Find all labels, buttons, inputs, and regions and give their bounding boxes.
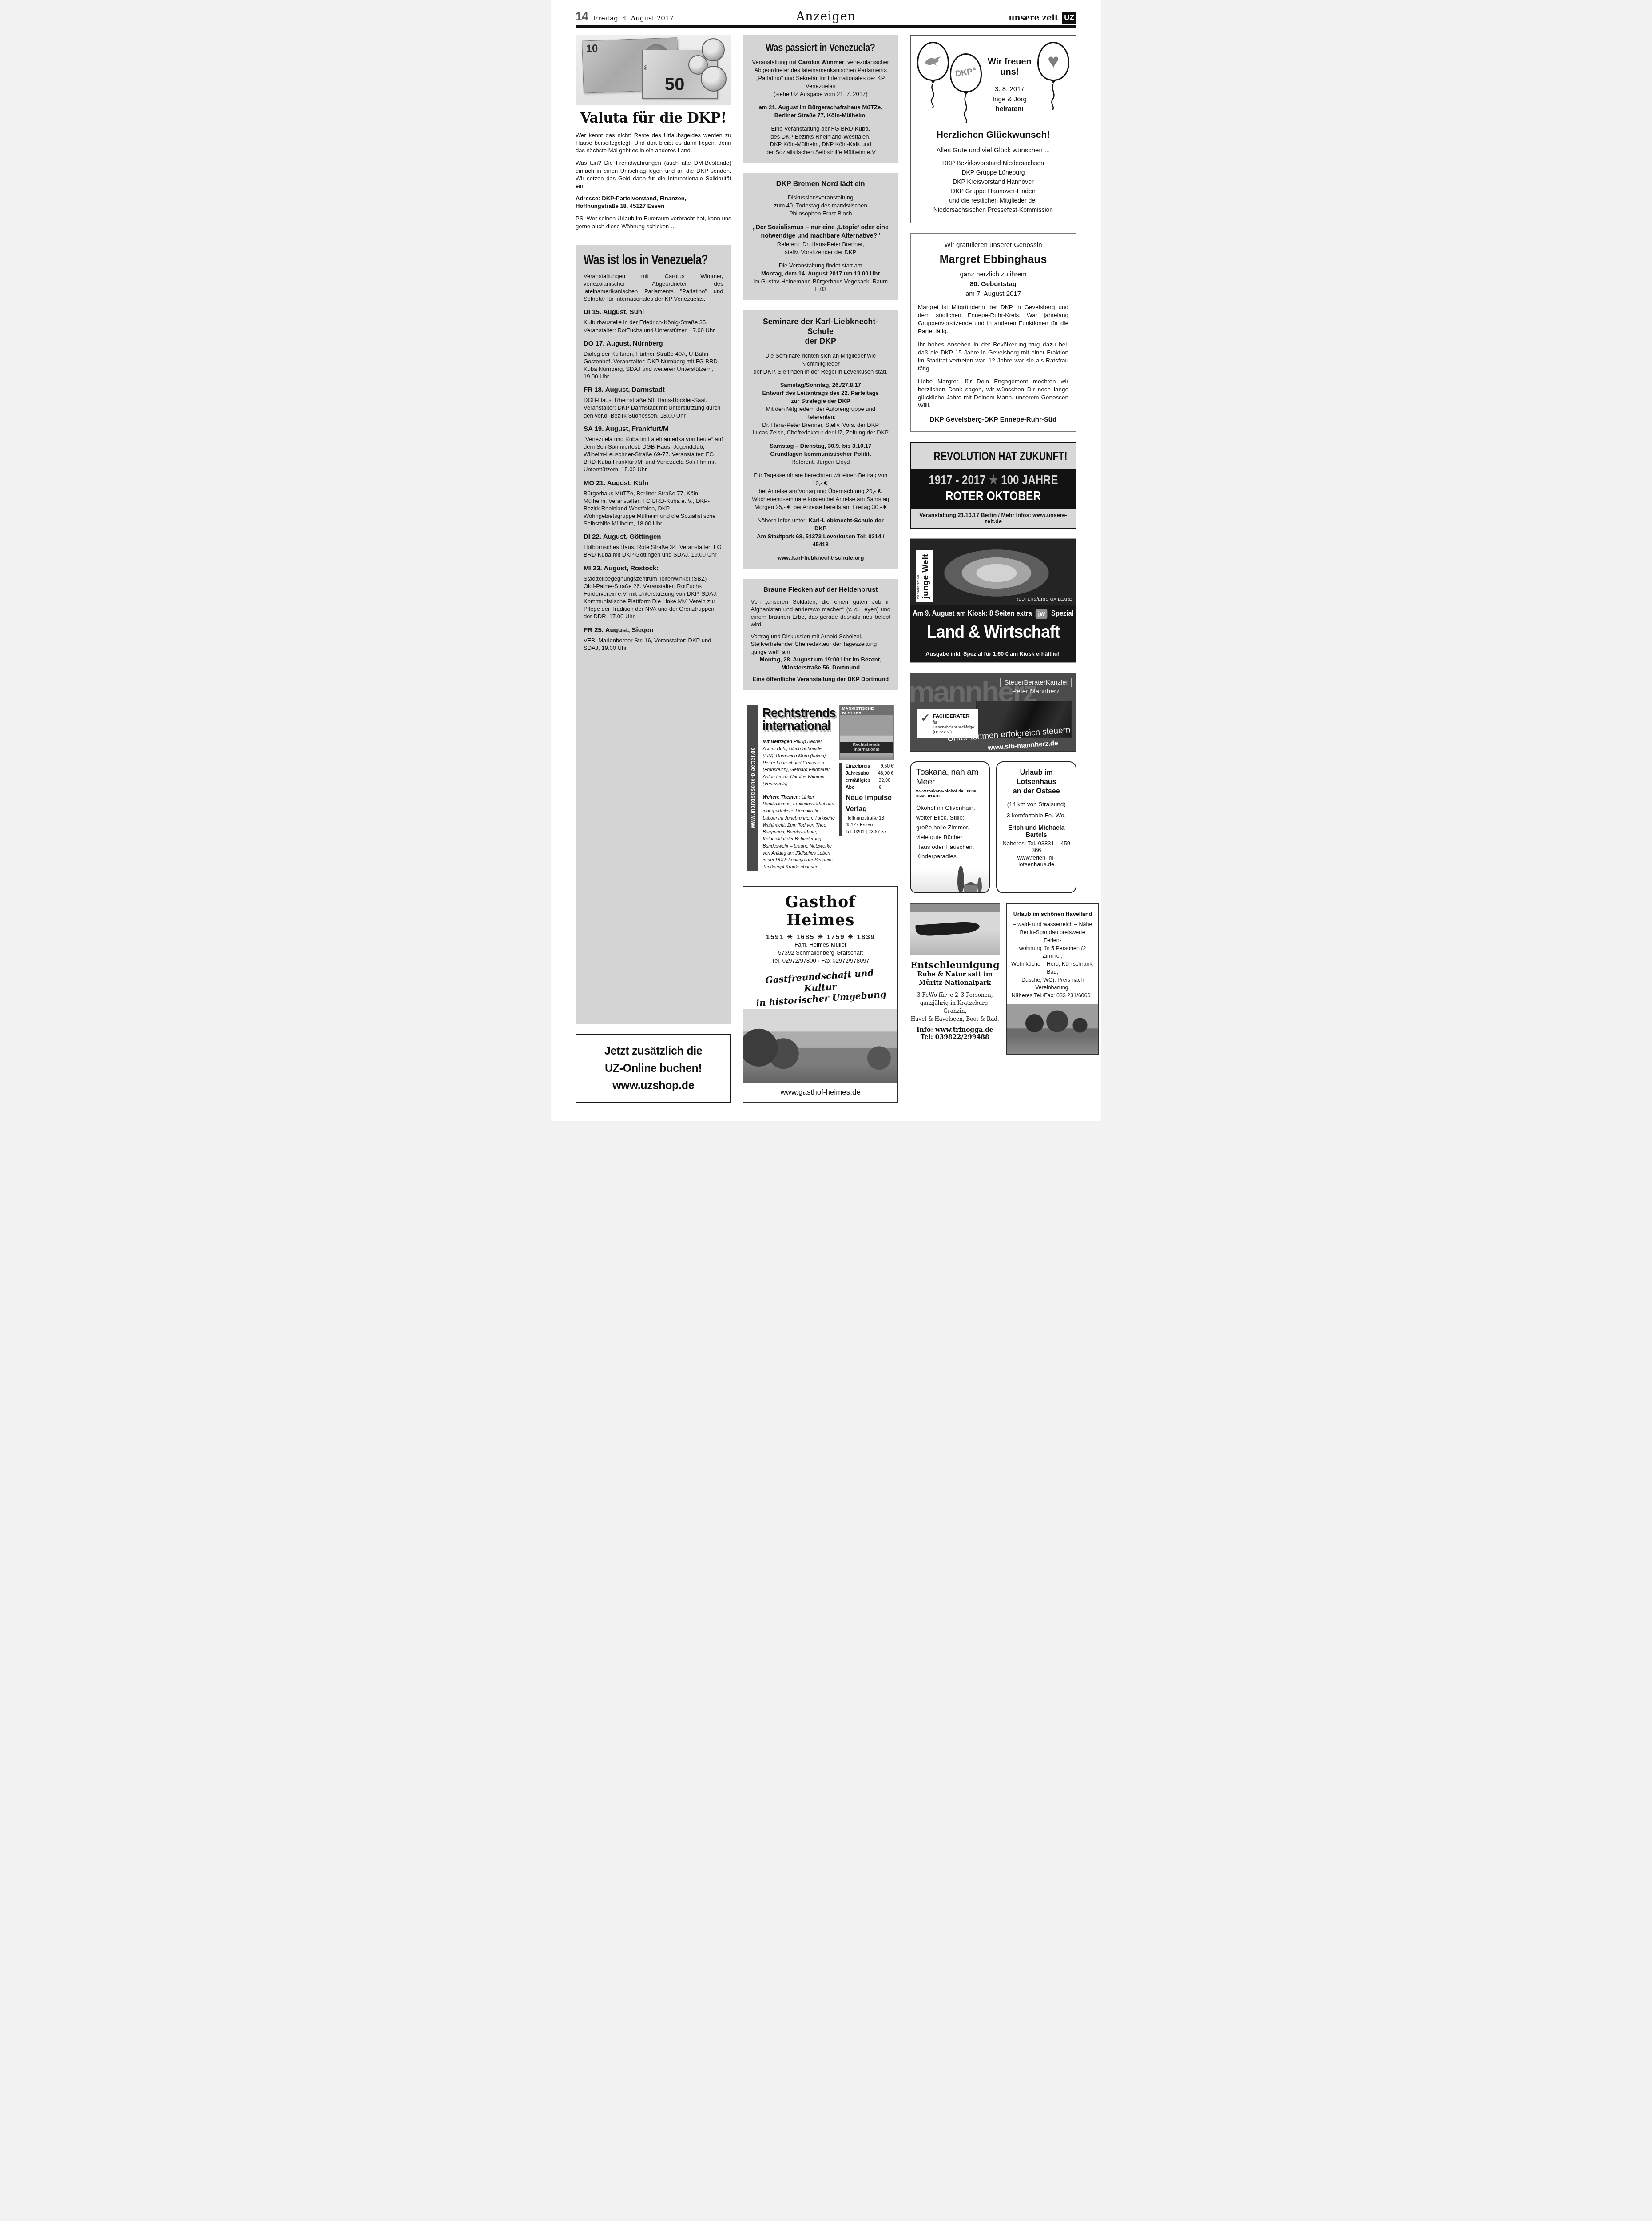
bremen-theme: notwendige und machbare Alternative?" [751,231,890,240]
seminar1-line: Mit den Mitgliedern der Autorengruppe un… [751,405,890,421]
event-item: FR 18. August, Darmstadt DGB-Haus, Rhein… [584,386,723,419]
birthday-ad: Wir gratulieren unserer Genossin Margret… [910,233,1076,432]
organizer-line: DKP Köln-Mülheim, DKP Köln-Kalk und [751,140,890,148]
braune-footer: Eine öffentliche Veranstaltung der DKP D… [751,675,890,683]
gasthof-tel: Tel. 02972/97800 · Fax 02972/978097 [749,957,892,965]
wedding-lead: Wir freuen uns! [982,57,1037,77]
event-text: Holbornsches Haus, Rote Straße 34. Veran… [584,543,723,558]
event-text: Stadtteilbegegnungszentrum Toitenwinkel … [584,575,723,621]
rechtstrends-right: MARXISTISCHE BLÄTTER Rechtstrends intern… [839,705,894,871]
price-label: ermäßigtes Abo [846,777,879,792]
valuta-ad: 10 50 50 Valuta für die DKP! Wer kennt d… [576,35,731,235]
kanzlei-line: SteuerBeraterKanzlei [1000,678,1072,687]
toskana-ad: Toskana, nah am Meer www.toskana-biohof.… [910,761,990,893]
marxistische-blaetter-url-bar: www.marxistische-blaetter.de [747,705,758,871]
event-date: DI 15. August, Suhl [584,308,723,316]
birthday-paragraph: Liebe Margret, für Dein Engagement möcht… [918,378,1068,410]
venezuela-events-intro: Veranstaltungen mit Carolus Wimmer, vene… [584,272,723,303]
coin [702,38,725,61]
valuta-address-line: Hoffnungstraße 18, 45127 Essen [576,202,731,210]
spezial-title: Land & Wirtschaft [926,621,1060,642]
braune-flecken-box: Braune Flecken auf der Heldenbrust Von „… [743,579,898,690]
wedding-from-line: DKP Bezirksvorstand Niedersachsen [917,159,1069,168]
rechtstrends-themes: Weitere Themen: Linker Radikalismus; Fra… [762,794,834,871]
badge-line: für Unternehmensnachfolge [933,720,974,730]
rechtstrends-title: Rechtstrends [762,707,831,720]
event-date: SA 19. August, Frankfurt/M [584,425,723,433]
info-pre: Nähere Infos unter: [758,517,809,524]
price-row: ermäßigtes Abo32,00 € [846,777,894,792]
was-passiert-intro: Veranstaltung mit Carolus Wimmer, venezo… [751,58,890,90]
seminar1-date: Samstag/Sonntag, 26./27.8.17 [751,381,890,389]
havelland-line: Wohnküche – Herd, Kühlschrank, Bad, [1011,960,1095,976]
seminare-fees: bei Anreise am Vortag und Übernachtung 2… [751,487,890,495]
banknote-10-value: 10 [586,43,598,56]
mannherz-ad: mannherz SteuerBeraterKanzlei Peter Mann… [910,673,1076,752]
event-text: „Venezuela und Kuba im Lateinamerika von… [584,435,723,474]
balloons: DKP☭ Wir freuen uns! 3. 8. 2017 Inge & J… [917,42,1069,123]
seminare-url: www.karl-liebknecht-schule.org [751,554,890,562]
banner-years: 1917 - 2017 ★ 100 JAHRE [929,472,1058,488]
rechtstrends-main: Rechtstrends international Mit Beiträgen… [762,705,834,871]
valuta-ps: PS: Wer seinen Urlaub im Euroraum verbra… [576,215,731,230]
havelland-line: Berlin-Spandau preiswerte Ferien- [1011,929,1095,945]
boat-silhouette [915,921,980,937]
organizer-line: Eine Veranstaltung der FG BRD-Kuba, [751,125,890,133]
lotsenhaus-title-line: an der Ostsee [1001,787,1072,796]
hands-cocoa-photo: DIE TAGESZEITUNG junge Welt REUTERS/ERIC… [910,539,1076,605]
lotsenhaus-hosts: Erich und Michaela Bartels [1001,824,1072,838]
event-item: DO 17. August, Nürnberg Dialog der Kultu… [584,340,723,381]
junge-welt-logo: DIE TAGESZEITUNG junge Welt [916,550,933,602]
seminare-title-line: Seminare der Karl-Liebknecht-Schule [751,317,890,337]
toskana-line: weiter Blick, Stille; [916,813,984,823]
event-date: MI 23. August, Rostock: [584,565,723,572]
wedding-from-line: und die restlichen Mitglieder der [917,196,1069,205]
publisher-name: Neue Impulse [846,795,894,802]
banner-middle: 1917 - 2017 ★ 100 JAHRE ROTER OKTOBER [911,469,1076,509]
entschleunigung-ad: Entschleunigung Ruhe & Natur satt im Mür… [910,903,1000,1055]
bremen-venue: im Gustav-Heinemann-Bürgerhaus Vegesack,… [751,278,890,294]
section-title: Anzeigen [796,10,856,24]
tuscany-photo [911,863,989,892]
seminar2-referent: Referent: Jürgen Lloyd [751,458,890,466]
rechtstrends-title: international [762,720,831,732]
event-text: Kulturbaustelle in der Friedrich-König-S… [584,318,723,334]
cover-title-line: international [840,748,893,752]
toskana-line: Ökohof im Olivenhain, [916,803,984,813]
birthday-name: Margret Ebbinghaus [918,253,1068,266]
event-where: Berliner Straße 77, Köln-Mülheim. [751,111,890,119]
travel-ads-row-2: Entschleunigung Ruhe & Natur satt im Mür… [910,903,1076,1055]
seminare-info: Nähere Infos unter: Karl-Liebknecht-Schu… [751,517,890,533]
gasthof-city: 57392 Schmallenberg-Grafschaft [749,949,892,957]
dove-balloon [917,42,949,81]
event-text: DGB-Haus, Rheinstraße 50, Hans-Böckler-S… [584,396,723,419]
wedding-from-line: DKP Gruppe Lüneburg [917,168,1069,177]
lotsenhaus-tel: Näheres: Tel. 03831 – 459 366 [1001,840,1072,853]
kanzlei-owner: Peter Mannherz [1000,687,1072,696]
bremen-line: zum 40. Todestag des marxistischen [751,202,890,210]
balloon-string [928,84,938,108]
birthday-date: am 7. August 2017 [918,289,1068,299]
havelland-title: Urlaub im schönen Havelland [1013,911,1092,917]
event-date: MO 21. August, Köln [584,479,723,487]
toskana-contact: www.toskana-biohof.de | 0039. 0566. 8147… [916,789,984,799]
junge-welt-logo-sub: DIE TAGESZEITUNG [917,554,920,599]
valuta-address-line: Adresse: DKP-Parteivorstand, Finanzen, [576,195,731,202]
event-date: FR 18. August, Darmstadt [584,386,723,394]
junge-welt-ad: DIE TAGESZEITUNG junge Welt REUTERS/ERIC… [910,538,1076,663]
cover-title-line: Rechtstrends [840,743,893,748]
kicker-text: Am 9. August am Kiosk: 8 Seiten extra [913,610,1032,618]
event-item: DI 15. August, Suhl Kulturbaustelle in d… [584,308,723,334]
havel-lake-photo [1007,1004,1098,1054]
wedding-from-line: DKP Gruppe Hannover-Linden [917,187,1069,196]
balloon-string [1048,84,1058,110]
seminare-fees: Für Tagesseminare berechnen wir einen Be… [751,471,890,487]
wedding-text: Wir freuen uns! 3. 8. 2017 Inge & Jörg h… [982,42,1037,115]
contrib-label: Mit Beiträgen [762,739,792,744]
bremen-referent: stellv. Vorsitzender der DKP [751,248,890,256]
right-column: DKP☭ Wir freuen uns! 3. 8. 2017 Inge & J… [910,35,1076,1103]
event-item: DI 22. August, Göttingen Holbornsches Ha… [584,533,723,558]
contrib-names: Phillip Becher, Achim Bühl, Ulrich Schne… [762,739,830,787]
balloon-left-group: DKP☭ [917,42,982,123]
marxistische-blaetter-url: www.marxistische-blaetter.de [750,747,756,828]
jw-badge: jW [1036,609,1048,619]
kicker-row: Am 9. August am Kiosk: 8 Seiten extra jW… [920,609,1066,619]
seminare-fees: Morgen 25,- €; bei Anreise bereits am Fr… [751,503,890,511]
mannherz-url: www.stb-mannherz.de [988,740,1058,752]
event-date: DO 17. August, Nürnberg [584,340,723,347]
havelland-ad: Urlaub im schönen Havelland – wald- und … [1006,903,1099,1055]
toskana-line: viele gute Bücher, [916,832,984,842]
organizer-line: der Sozialistischen Selbsthilfe Mülheim … [751,148,890,156]
price-value: 48,00 € [878,770,894,777]
coin [701,66,727,92]
banner-top: REVOLUTION HAT ZUKUNFT! [911,443,1076,469]
boat-photo [910,904,1000,955]
congrats-title: Herzlichen Glückwunsch! [917,130,1069,140]
uz-shop-url: www.uzshop.de [580,1077,727,1095]
cover-masthead-line: BLÄTTER [842,711,874,716]
masthead-right: unsere zeit UZ [1009,12,1076,24]
event-item: MO 21. August, Köln Bürgerhaus MüTZe, Be… [584,479,723,528]
banner-footer: Veranstaltung 21.10.17 Berlin / Mehr Inf… [911,509,1076,528]
wedding-date: 3. 8. 2017 [982,84,1037,95]
braune-title: Braune Flecken auf der Heldenbrust [751,586,890,593]
wedding-wish: Alles Gute und viel Glück wünschen ... [917,147,1069,154]
lotsenhaus-line: (14 km von Stralsund) [1001,801,1072,808]
banner-title: ROTER OKTOBER [945,489,1041,504]
bremen-title: DKP Bremen Nord lädt ein [751,180,890,188]
travel-ads-row-1: Toskana, nah am Meer www.toskana-biohof.… [910,761,1076,893]
publisher-tel: Tel. 0201 | 23 67 57 [846,829,894,836]
banner-headline: REVOLUTION HAT ZUKUNFT! [934,449,1068,463]
mannherz-header: SteuerBeraterKanzlei Peter Mannherz [1000,678,1072,697]
bremen-line: Philosophen Ernst Bloch [751,210,890,218]
junge-welt-logo-text: junge Welt [921,554,931,599]
themes-label: Weitere Themen: [762,795,800,800]
lotsenhaus-title: Urlaub im Lotsenhaus an der Ostsee [1001,768,1072,796]
speaker-name: Carolus Wimmer [798,59,844,65]
event-text: VEB, Marienborner Str. 16, Veranstalter:… [584,637,723,652]
bremen-theme: „Der Sozialismus – nur eine ‚Utopie' ode… [751,223,890,231]
rechtstrends-ad: www.marxistische-blaetter.de Rechtstrend… [743,700,898,876]
lotsenhaus-url: www.ferien-im-lotsenhaus.de [1001,854,1072,868]
organizer-line: des DKP Bezirks Rheinland-Westfalen, [751,133,890,141]
gasthof-family: Fam. Heimes-Müller [749,941,892,949]
farmhouse [964,885,977,892]
valuta-paragraph: Was tun? Die Fremdwährungen (auch alte D… [576,159,731,190]
venezuela-events-title: Was ist los in Venezuela? [584,252,708,268]
star-icon: ★ [989,473,998,487]
entschleunigung-tel: Tel: 039822/299488 [910,1034,1000,1041]
havelland-line: wohnung für 5 Personen (2 Zimmer, [1011,945,1095,961]
seminare-intro: der DKP. Sie finden in der Regel in Leve… [751,368,890,376]
lotsenhaus-line: 3 komfortable Fe.-Wo. [1001,812,1072,819]
seminare-intro: Die Seminare richten sich an Mitglieder … [751,352,890,368]
price-label: Einzelpreis [846,763,870,770]
seminare-box: Seminare der Karl-Liebknecht-Schule der … [743,310,898,569]
badge-title: FACHBERATER [933,714,969,719]
entschleunigung-line: ganzjährig in Kratzeburg-Granzin, [910,999,1000,1015]
balloon-heart-wrap: ♥ [1037,42,1069,110]
banknote-50-value: 50 [665,75,685,95]
gasthof-years: 1591 ✳ 1685 ✳ 1759 ✳ 1839 [749,933,892,941]
bremen-when-bold: Montag, dem 14. August 2017 um 19.00 Uhr [751,270,890,278]
dkp-balloon-label: DKP☭ [955,67,977,79]
balloon-dkp-wrap: DKP☭ [950,53,982,123]
lotsenhaus-title-line: Urlaub im Lotsenhaus [1001,768,1072,787]
cover-title-band: Rechtstrends international [840,742,893,753]
bremen-nord-box: DKP Bremen Nord lädt ein Diskussionsvera… [743,173,898,300]
balloon-dove-wrap [917,42,949,123]
braune-where: Münsterstraße 56, Dortmund [751,664,890,672]
cover-masthead: MARXISTISCHE BLÄTTER [842,707,874,716]
magazine-cover-thumbnail: MARXISTISCHE BLÄTTER Rechtstrends intern… [839,705,894,760]
braune-when: Montag, 28. August um 19:00 Uhr im Bezen… [751,656,890,664]
badge-text: FACHBERATER für Unternehmensnachfolge (D… [933,712,974,735]
publisher-address: Hoffnungstraße 18 45127 Essen Tel. 0201 … [846,815,894,836]
gasthof-building-photo [743,1009,897,1083]
seminar1-line: Lucas Zeise, Chefredakteur der UZ, Zeitu… [751,429,890,437]
was-passiert-title: Was passiert in Venezuela? [766,42,875,54]
uz-online-line: Jetzt zusätzlich die [580,1043,727,1060]
kiosk-price-note: Ausgabe inkl. Spezial für 1,60 € am Kios… [914,647,1072,657]
intro-pre: Veranstaltung mit [752,59,798,65]
dkp-text: DKP [955,67,973,79]
balloon-string [961,95,971,123]
gasthof-title: Gasthof Heimes [749,893,892,929]
banknote-edge-label: 50 [643,65,648,70]
event-item: FR 25. August, Siegen VEB, Marienborner … [584,626,723,652]
photo-credit: REUTERS/ERIC GAILLARD [1015,597,1072,602]
bremen-line: Diskussionsveranstaltung [751,194,890,202]
entschleunigung-title: Entschleunigung [910,959,1000,971]
toskana-line: große helle Zimmer, [916,823,984,832]
gasthof-url: www.gasthof-heimes.de [749,1083,892,1102]
birthday-line: ganz herzlich zu ihrem [918,270,1068,279]
publisher-city: 45127 Essen [846,822,894,828]
birthday-signature: DKP Gevelsberg-DKP Ennepe-Ruhr-Süd [918,416,1068,423]
checkmark-icon: ✓ [921,712,930,735]
seminare-fees: Wochenendseminare kosten bei Anreise am … [751,495,890,503]
event-item: MI 23. August, Rostock: Stadtteilbegegnu… [584,565,723,621]
entschleunigung-info: Info: www.trinogga.de [910,1027,1000,1034]
wedding-from-line: Niedersächsischen Pressefest-Kommission [917,205,1069,215]
seminar1-topic: Entwurf des Leitantrags des 22. Parteita… [751,389,890,397]
havelland-line: Dusche, WC). Preis nach Vereinbarung. [1011,976,1095,992]
seminare-address: Am Stadtpark 68, 51373 Leverkusen Tel: 0… [751,533,890,549]
event-text: Dialog der Kulturen, Fürther Straße 40A,… [584,350,723,381]
lotsenhaus-ad: Urlaub im Lotsenhaus an der Ostsee (14 k… [996,761,1076,893]
toskana-title: Toskana, nah am Meer [916,768,984,787]
school-name: Karl-Liebknecht-Schule der DKP [809,517,884,532]
seminar2-topic: Grundlagen kommunistischer Politik [751,450,890,458]
banknotes-coins-photo: 10 50 50 [576,35,731,105]
entschleunigung-sub: Ruhe & Natur satt im [910,971,1000,979]
junge-welt-band: Am 9. August am Kiosk: 8 Seiten extra jW… [910,605,1076,662]
paper-name: unsere zeit [1009,13,1059,23]
havelland-tel: Näheres Tel./Fax: 033 231/60661 [1011,992,1095,1000]
page-number: 14 [576,10,588,24]
toskana-line: Haus oder Häuschen; [916,842,984,852]
wedding-from-line: DKP Kreisvorstand Hannover [917,177,1069,187]
price-label: Jahresabo [846,770,869,777]
heart-icon: ♥ [1048,52,1059,71]
braune-paragraph: Von „unseren Soldaten, die einen guten J… [751,598,890,629]
valuta-title: Valuta für die DKP! [576,110,731,126]
bremen-referent: Referent: Dr. Hans-Peter Brenner, [751,240,890,248]
uz-online-line: UZ-Online buchen! [580,1060,727,1077]
uz-issue-note: (siehe UZ Ausgabe vom 21. 7. 2017) [751,90,890,98]
event-date: DI 22. August, Göttingen [584,533,723,541]
cypress-tree [957,866,964,892]
price-value: 9,50 € [881,763,894,770]
hammer-sickle-icon: ☭ [972,67,976,72]
heart-balloon: ♥ [1037,42,1069,81]
event-date: FR 25. August, Siegen [584,626,723,634]
gasthof-slogan: Gastfreundschaft und Kultur in historisc… [748,966,893,1009]
price-publisher-block: Einzelpreis9,50 € Jahresabo48,00 € ermäß… [839,763,894,835]
bremen-when: Die Veranstaltung findet statt am [751,262,890,270]
uz-online-ad: Jetzt zusätzlich die UZ-Online buchen! w… [576,1034,731,1103]
uz-logo: UZ [1062,12,1076,24]
birthday-paragraph: Ihr hohes Ansehen in der Bevölkerung tru… [918,341,1068,373]
valuta-paragraph: Wer kennt das nicht: Reste des Urlaubsge… [576,131,731,154]
price-row: Jahresabo48,00 € [846,770,894,777]
jahre-text: 100 JAHRE [1001,473,1058,487]
left-column: 10 50 50 Valuta für die DKP! Wer kennt d… [576,35,731,1103]
page-columns: 10 50 50 Valuta für die DKP! Wer kennt d… [576,35,1076,1103]
gasthof-heimes-ad: Gasthof Heimes 1591 ✳ 1685 ✳ 1759 ✳ 1839… [743,886,898,1103]
price-row: Einzelpreis9,50 € [846,763,894,770]
valuta-article: Valuta für die DKP! Wer kennt das nicht:… [576,110,731,230]
entschleunigung-line: Havel & Havelseen, Boot & Rad. [910,1015,1000,1023]
seminare-title-line: der DKP [751,337,890,346]
years-text: 1917 - 2017 [929,473,985,487]
roter-oktober-banner: REVOLUTION HAT ZUKUNFT! 1917 - 2017 ★ 10… [910,442,1076,529]
was-passiert-box: Was passiert in Venezuela? Veranstaltung… [743,35,898,163]
masthead-rule [576,25,1076,28]
entschleunigung-line: 3 FeWo für je 2–3 Personen, [910,991,1000,999]
masthead-left: 14 Freitag, 4. August 2017 [576,10,674,24]
dkp-balloon: DKP☭ [950,53,982,92]
seminar2-date: Samstag – Dienstag, 30.9. bis 3.10.17 [751,442,890,450]
entschleunigung-sub: Müritz-Nationalpark [910,979,1000,987]
publisher-name: Verlag [846,806,894,813]
event-text: Bürgerhaus MüTZe, Berliner Straße 77, Kö… [584,490,723,528]
toskana-line: Kinderparadies. [916,852,984,861]
publisher-street: Hoffnungstraße 18 [846,815,894,822]
themes-list: Linker Radikalismus; Fraktionsverbot und… [762,795,834,870]
masthead: 14 Freitag, 4. August 2017 Anzeigen unse… [576,7,1076,25]
havelland-line: – wald- und wasserreich – Nähe [1011,921,1095,929]
birthday-milestone: 80. Geburtstag [918,279,1068,289]
newspaper-page: 14 Freitag, 4. August 2017 Anzeigen unse… [551,0,1101,1121]
venezuela-events-box: Was ist los in Venezuela? Veranstaltunge… [576,245,731,1024]
seminar1-topic: zur Strategie der DKP [751,397,890,405]
birthday-paragraph: Margret ist Mitgründerin der DKP in Geve… [918,303,1068,335]
event-when: am 21. August im Bürgerschaftshaus MüTZe… [751,103,890,111]
rechtstrends-contributors: Mit Beiträgen Phillip Becher, Achim Bühl… [762,739,834,788]
seminare-title: Seminare der Karl-Liebknecht-Schule der … [751,317,890,346]
wedding-verb: heiraten! [982,104,1037,115]
braune-paragraph: Vortrag und Diskussion mit Arnold Schölz… [751,633,890,655]
issue-date: Freitag, 4. August 2017 [593,14,674,22]
spezial-label: Spezial [1051,610,1074,618]
seminar1-line: Dr. Hans-Peter Brenner, Stellv. Vors. de… [751,421,890,429]
dove-icon [923,54,943,68]
price-value: 32,00 € [879,777,894,792]
middle-column: Was passiert in Venezuela? Veranstaltung… [743,35,898,1103]
event-item: SA 19. August, Frankfurt/M „Venezuela un… [584,425,723,474]
birthday-lead: Wir gratulieren unserer Genossin [918,241,1068,249]
wedding-ad: DKP☭ Wir freuen uns! 3. 8. 2017 Inge & J… [910,35,1076,223]
wedding-names: Inge & Jörg [982,95,1037,105]
